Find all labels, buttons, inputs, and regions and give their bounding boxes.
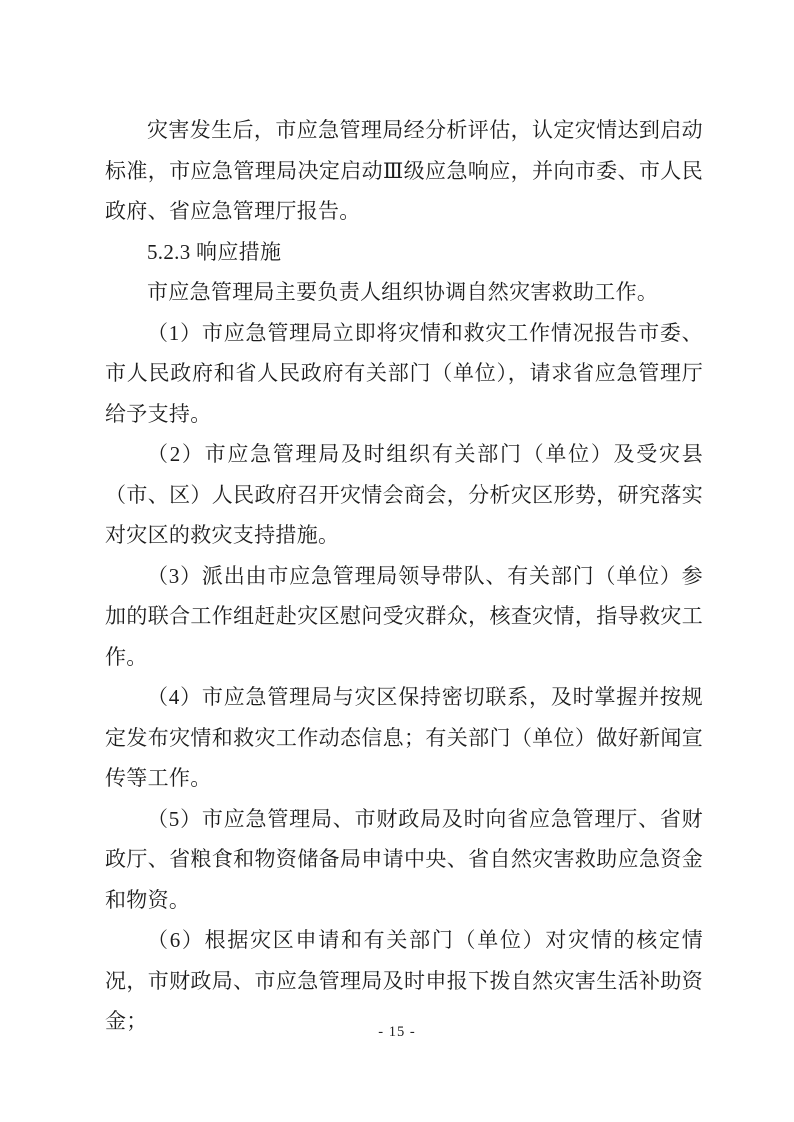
paragraph-item-2: （2）市应急管理局及时组织有关部门（单位）及受灾县（市、区）人民政府召开灾情会商… (105, 434, 703, 556)
paragraph-item-4: （4）市应急管理局与灾区保持密切联系，及时掌握并按规定发布灾情和救灾工作动态信息… (105, 677, 703, 799)
paragraph-item-5: （5）市应急管理局、市财政局及时向省应急管理厅、省财政厅、省粮食和物资储备局申请… (105, 799, 703, 921)
paragraph-item-1: （1）市应急管理局立即将灾情和救灾工作情况报告市委、市人民政府和省人民政府有关部… (105, 313, 703, 435)
document-body: 灾害发生后，市应急管理局经分析评估，认定灾情达到启动标准，市应急管理局决定启动Ⅲ… (105, 110, 703, 1042)
page-number: - 15 - (0, 1022, 794, 1042)
paragraph-response-start: 灾害发生后，市应急管理局经分析评估，认定灾情达到启动标准，市应急管理局决定启动Ⅲ… (105, 110, 703, 232)
paragraph-item-3: （3）派出由市应急管理局领导带队、有关部门（单位）参加的联合工作组赶赴灾区慰问受… (105, 556, 703, 678)
document-page: 灾害发生后，市应急管理局经分析评估，认定灾情达到启动标准，市应急管理局决定启动Ⅲ… (0, 0, 794, 1122)
paragraph-responsibility: 市应急管理局主要负责人组织协调自然灾害救助工作。 (105, 272, 703, 313)
section-heading-5-2-3: 5.2.3 响应措施 (105, 232, 703, 273)
